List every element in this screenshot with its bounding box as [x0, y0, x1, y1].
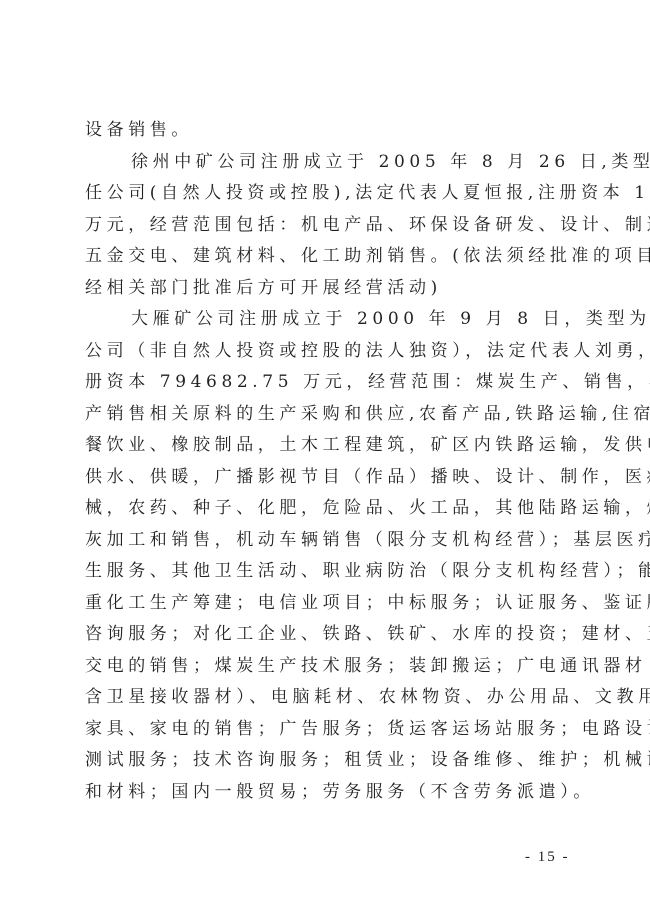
- text-line: 设备销售。: [85, 115, 567, 147]
- text-line: 测试服务；技术咨询服务；租赁业；设备维修、维护；机械设备: [85, 745, 567, 777]
- text-line: 产销售相关原料的生产采购和供应,农畜产品,铁路运输,住宿,: [85, 399, 567, 431]
- paragraph-start-xuzhou: 徐州中矿公司注册成立于 2005 年 8 月 26 日,类型为有限责: [85, 147, 567, 179]
- text-line: 灰加工和销售，机动车辆销售（限分支机构经营）；基层医疗卫: [85, 525, 567, 557]
- text-line: 万元，经营范围包括：机电产品、环保设备研发、设计、制造；: [85, 210, 567, 242]
- text-line: 册资本 794682.75 万元，经营范围：煤炭生产、销售，与煤炭生: [85, 367, 567, 399]
- text-line: 公司（非自然人投资或控股的法人独资），法定代表人刘勇，注: [85, 336, 567, 368]
- text-line: 餐饮业、橡胶制品，土木工程建筑，矿区内铁路运输，发供电、: [85, 430, 567, 462]
- text-line: 重化工生产筹建；电信业项目；中标服务；认证服务、鉴证服务、: [85, 588, 567, 620]
- text-line: 和材料；国内一般贸易；劳务服务（不含劳务派遣）。: [85, 777, 567, 809]
- text-line: 供水、供暖，广播影视节目（作品）播映、设计、制作，医疗器: [85, 462, 567, 494]
- text-line: 交电的销售；煤炭生产技术服务；装卸搬运；广电通讯器材（不: [85, 651, 567, 683]
- text-line: 生服务、其他卫生活动、职业病防治（限分支机构经营）；能源、: [85, 556, 567, 588]
- text-line: 含卫星接收器材）、电脑耗材、农林物资、办公用品、文教用品、: [85, 682, 567, 714]
- text-line: 经相关部门批准后方可开展经营活动): [85, 273, 567, 305]
- text-line: 任公司(自然人投资或控股),法定代表人夏恒报,注册资本 1000: [85, 178, 567, 210]
- document-body: 设备销售。 徐州中矿公司注册成立于 2005 年 8 月 26 日,类型为有限责…: [85, 115, 567, 808]
- text-line: 械，农药、种子、化肥，危险品、火工品，其他陆路运输，煤炭: [85, 493, 567, 525]
- text-line: 家具、家电的销售；广告服务；货运客运场站服务；电路设计及: [85, 714, 567, 746]
- text-line: 五金交电、建筑材料、化工助剂销售。(依法须经批准的项目，: [85, 241, 567, 273]
- paragraph-start-dayan: 大雁矿公司注册成立于 2000 年 9 月 8 日，类型为有限责任: [85, 304, 567, 336]
- page-number: - 15 -: [525, 849, 570, 866]
- text-line: 咨询服务；对化工企业、铁路、铁矿、水库的投资；建材、五金: [85, 619, 567, 651]
